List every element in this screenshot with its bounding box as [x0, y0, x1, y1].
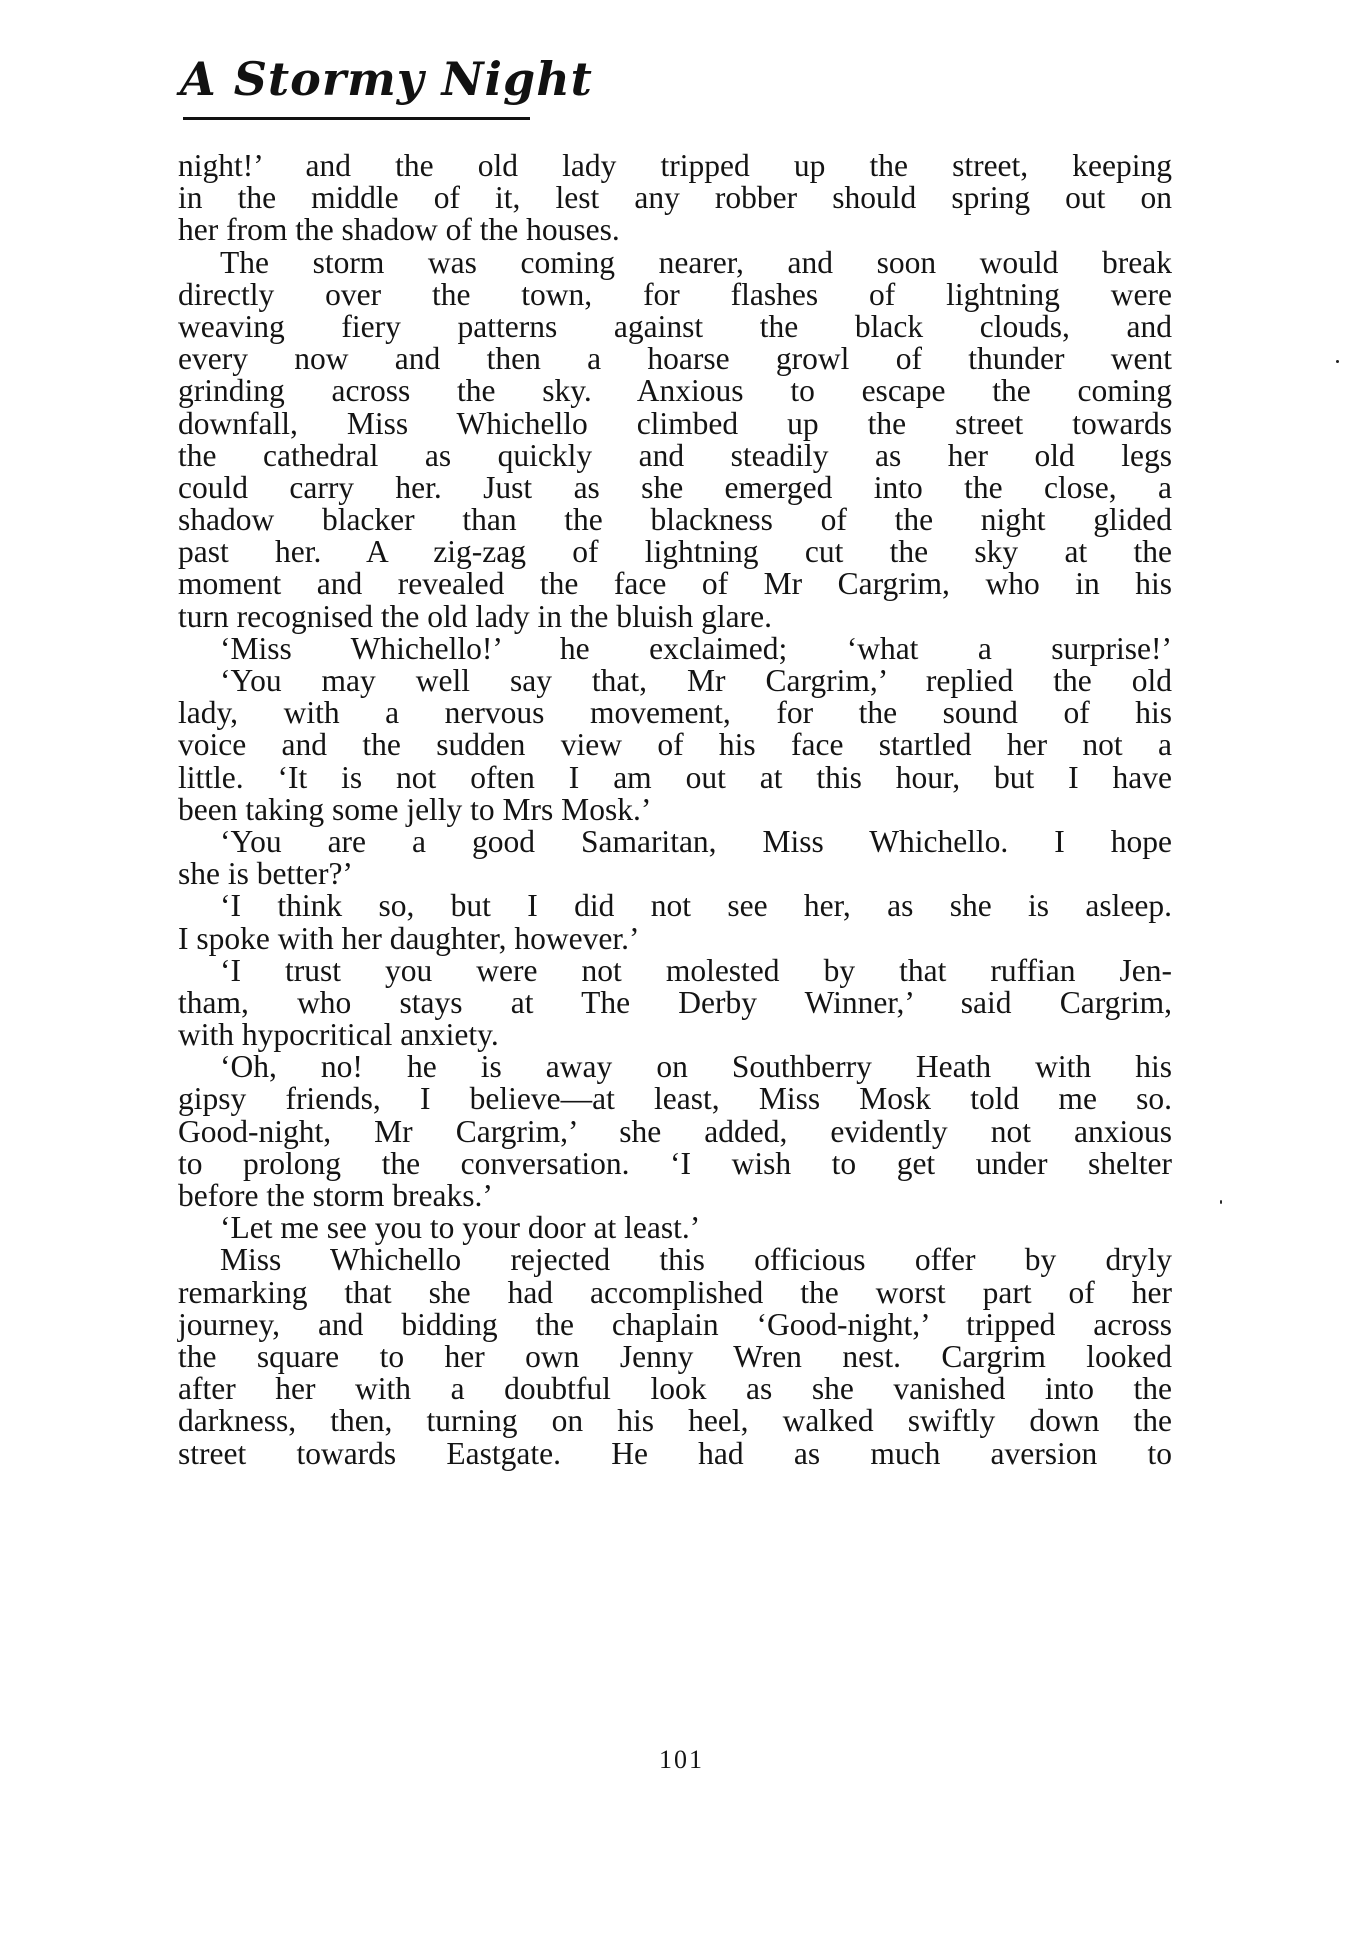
text-line: lady, with a nervous movement, for the s… [178, 697, 1172, 729]
text-line: street towards Eastgate. He had as much … [178, 1438, 1172, 1470]
text-line: could carry her. Just as she emerged int… [178, 472, 1172, 504]
text-line: past her. A zig-zag of lightning cut the… [178, 536, 1172, 568]
text-line: with hypocritical anxiety. [178, 1019, 1172, 1051]
book-page: A Stormy Night night!’ and the old lady … [0, 0, 1363, 1947]
text-line: in the middle of it, lest any robber sho… [178, 182, 1172, 214]
text-line: ‘Miss Whichello!’ he exclaimed; ‘what a … [178, 633, 1172, 665]
scan-speck [1336, 360, 1339, 363]
text-line: I spoke with her daughter, however.’ [178, 923, 1172, 955]
text-line: ‘I trust you were not molested by that r… [178, 955, 1172, 987]
text-line: darkness, then, turning on his heel, wal… [178, 1405, 1172, 1437]
text-line: before the storm breaks.’ [178, 1180, 1172, 1212]
text-line: ‘You are a good Samaritan, Miss Whichell… [178, 826, 1172, 858]
text-line: tham, who stays at The Derby Winner,’ sa… [178, 987, 1172, 1019]
text-line: ‘You may well say that, Mr Cargrim,’ rep… [178, 665, 1172, 697]
page-body: night!’ and the old lady tripped up the … [178, 150, 1172, 1470]
text-line: remarking that she had accomplished the … [178, 1277, 1172, 1309]
text-line: she is better?’ [178, 858, 1172, 890]
text-line: after her with a doubtful look as she va… [178, 1373, 1172, 1405]
text-line: journey, and bidding the chaplain ‘Good-… [178, 1309, 1172, 1341]
scan-speck [1220, 1200, 1222, 1204]
text-line: little. ‘It is not often I am out at thi… [178, 762, 1172, 794]
text-line: her from the shadow of the houses. [178, 214, 1172, 246]
text-line: every now and then a hoarse growl of thu… [178, 343, 1172, 375]
running-title: A Stormy Night [180, 52, 593, 106]
header-rule [183, 117, 530, 120]
text-line: weaving fiery patterns against the black… [178, 311, 1172, 343]
text-line: directly over the town, for flashes of l… [178, 279, 1172, 311]
text-line: been taking some jelly to Mrs Mosk.’ [178, 794, 1172, 826]
text-line: ‘Let me see you to your door at least.’ [178, 1212, 1172, 1244]
text-line: the cathedral as quickly and steadily as… [178, 440, 1172, 472]
text-line: grinding across the sky. Anxious to esca… [178, 375, 1172, 407]
text-line: Good-night, Mr Cargrim,’ she added, evid… [178, 1116, 1172, 1148]
page-number: 101 [0, 1745, 1363, 1775]
text-line: The storm was coming nearer, and soon wo… [178, 247, 1172, 279]
text-line: ‘Oh, no! he is away on Southberry Heath … [178, 1051, 1172, 1083]
text-line: turn recognised the old lady in the blui… [178, 601, 1172, 633]
text-line: downfall, Miss Whichello climbed up the … [178, 408, 1172, 440]
text-line: shadow blacker than the blackness of the… [178, 504, 1172, 536]
text-line: to prolong the conversation. ‘I wish to … [178, 1148, 1172, 1180]
text-line: voice and the sudden view of his face st… [178, 729, 1172, 761]
text-line: moment and revealed the face of Mr Cargr… [178, 568, 1172, 600]
text-line: Miss Whichello rejected this officious o… [178, 1244, 1172, 1276]
text-line: the square to her own Jenny Wren nest. C… [178, 1341, 1172, 1373]
text-line: gipsy friends, I believe—at least, Miss … [178, 1083, 1172, 1115]
text-line: ‘I think so, but I did not see her, as s… [178, 890, 1172, 922]
text-line: night!’ and the old lady tripped up the … [178, 150, 1172, 182]
